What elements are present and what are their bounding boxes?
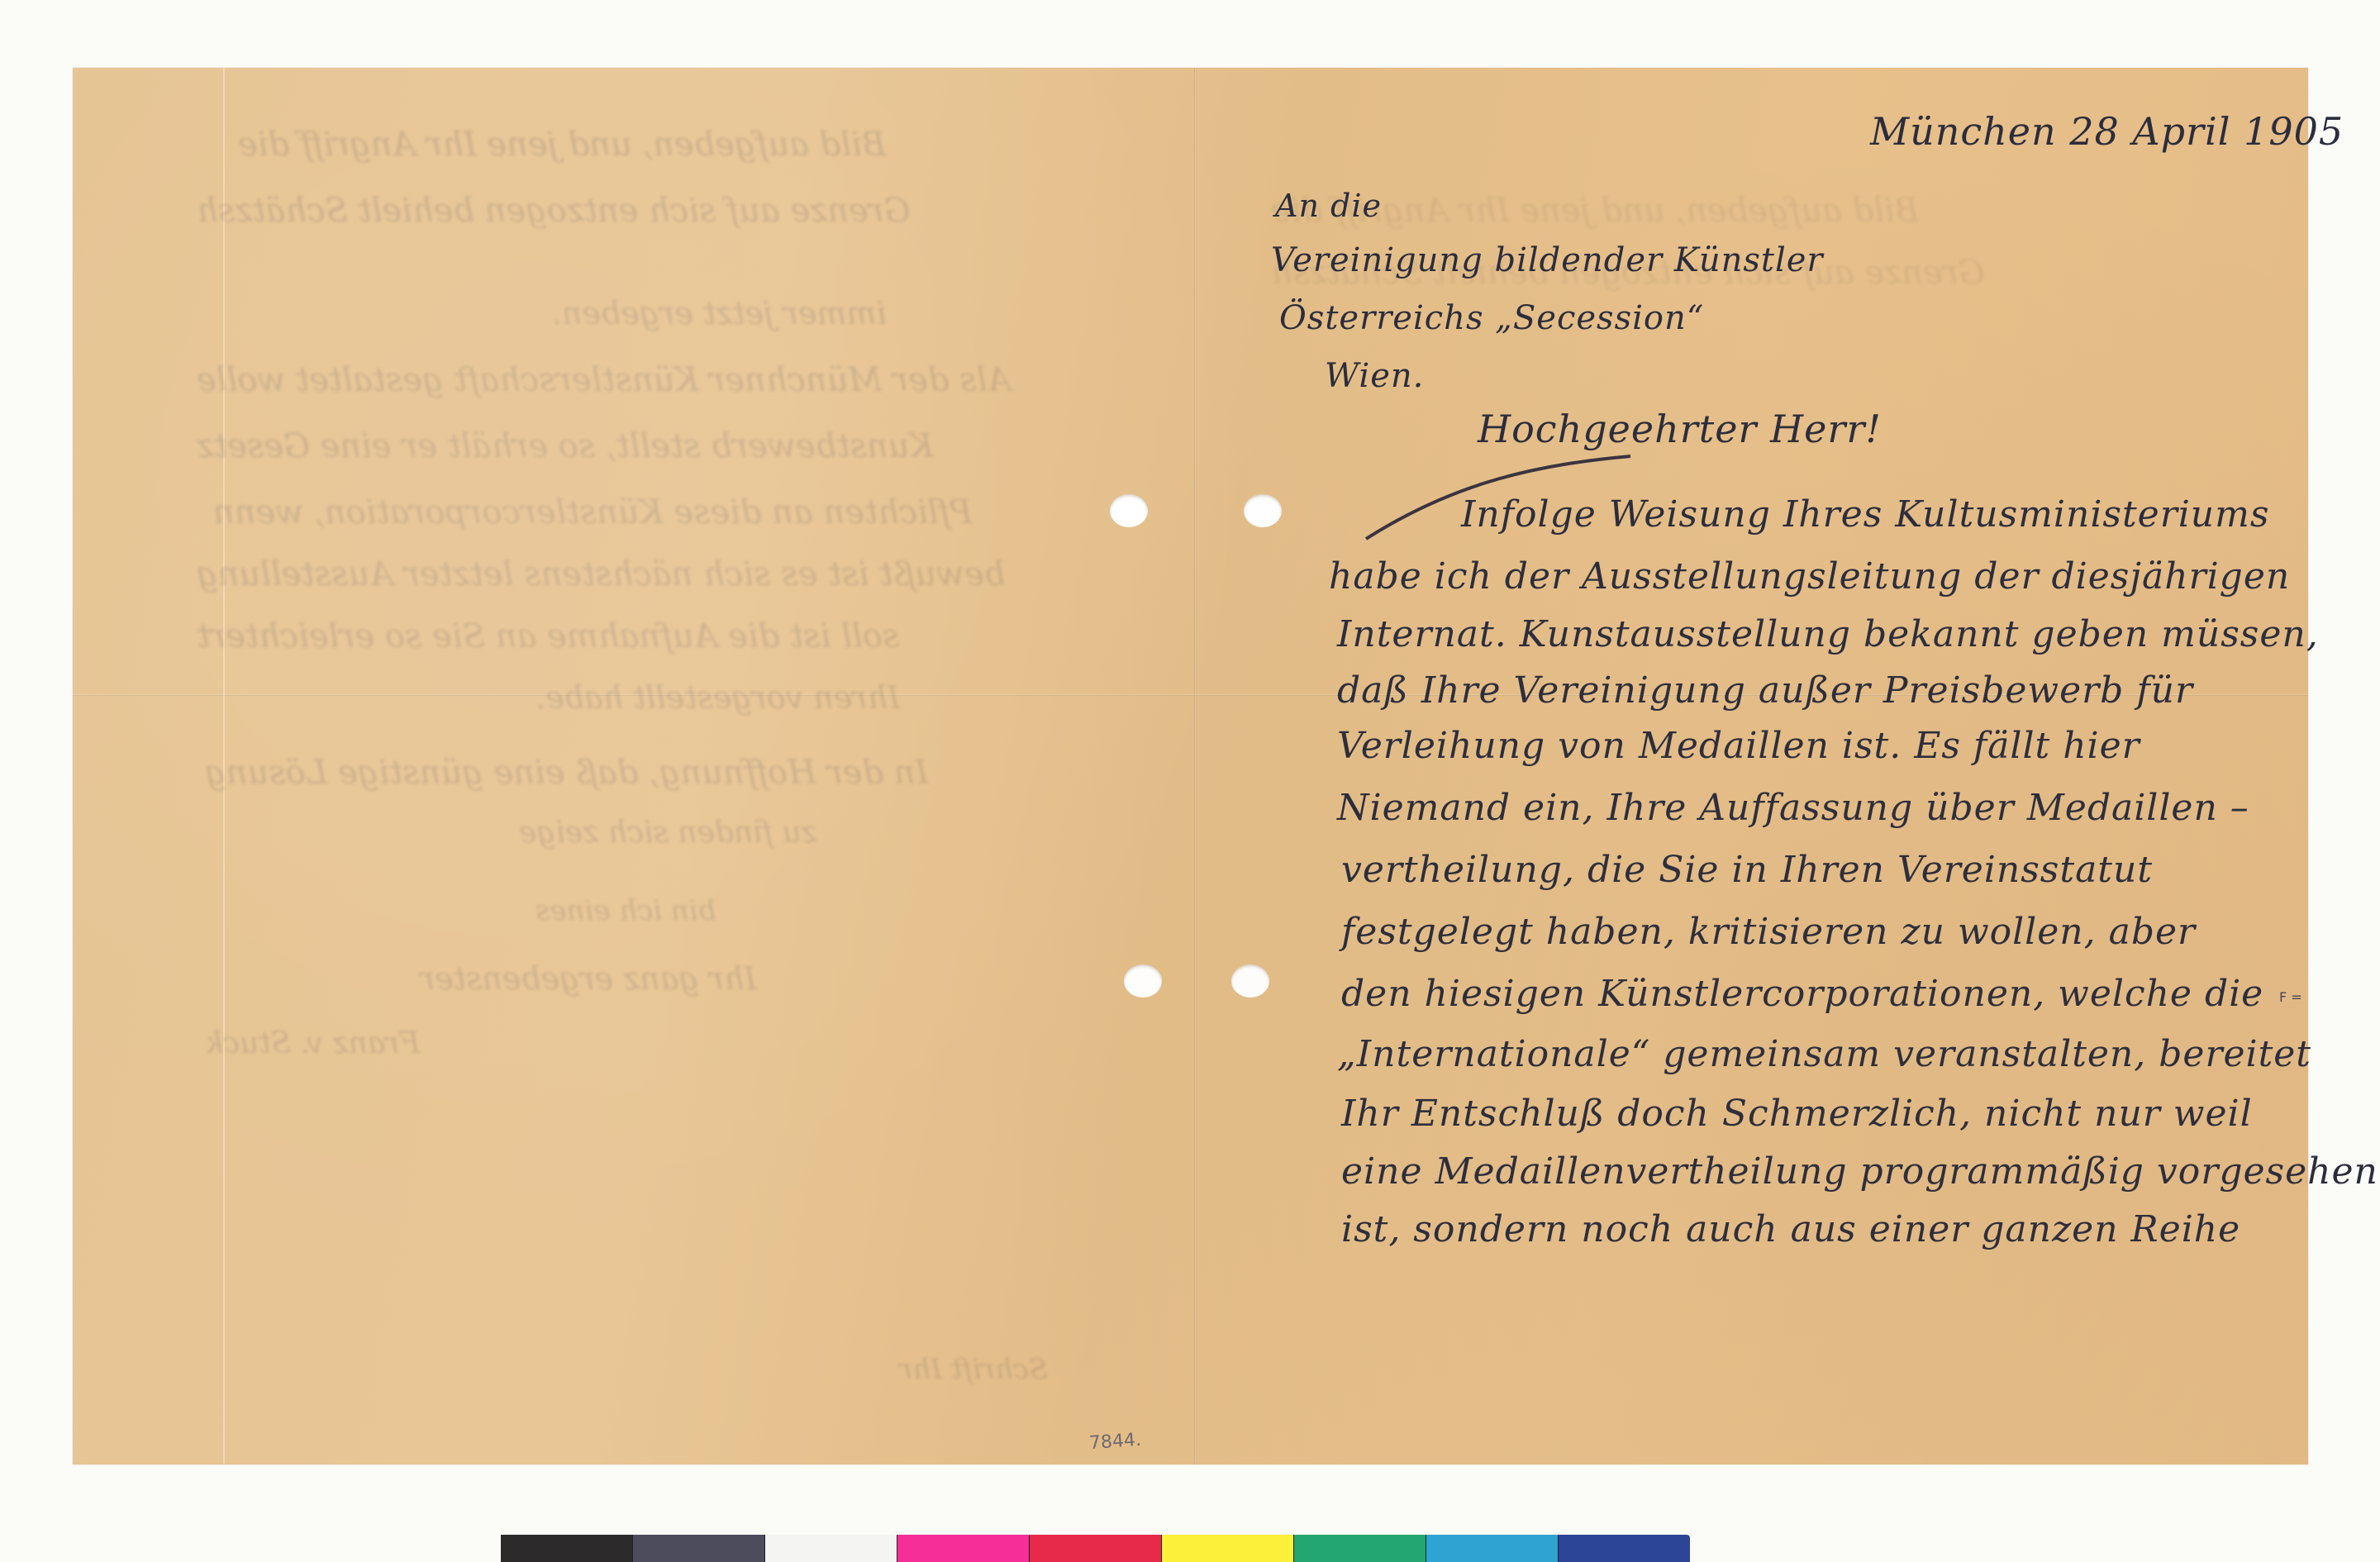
archive-number: 7844. [1088,1430,1142,1454]
bleed-line: Kunstbewerb stellt, so erhält er eine Ge… [197,427,934,465]
address-line: Vereinigung bildender Künstler [1271,241,1824,279]
body-line: Internat. Kunstausstellung bekannt geben… [1337,613,2319,655]
address-line: Wien. [1325,357,1424,395]
bleed-line: bin ich eines [535,894,716,927]
bleed-line: Ihr ganz ergebenster [420,960,756,997]
punch-hole [1110,494,1148,527]
swatch-cyan [1426,1535,1559,1562]
body-line: daß Ihre Vereinigung außer Preisbewerb f… [1337,669,2193,712]
swatch-blue [1559,1535,1690,1562]
swatch-black [501,1535,633,1562]
bleed-line: Grenze auf sich entzogen behielt Schätzs… [197,192,911,230]
body-line: Infolge Weisung Ihres Kultusministeriums [1461,493,2269,536]
swatch-green [1294,1535,1426,1562]
body-line: habe ich der Ausstellungsleitung der die… [1329,555,2290,598]
body-line: den hiesigen Künstlercorporationen, welc… [1341,973,2263,1015]
bleed-line: Als der Münchner Künstlerschaft gestalte… [197,361,1011,399]
body-line: vertheilung, die Sie in Ihren Vereinssta… [1341,849,2153,891]
color-calibration-bar [501,1535,1690,1562]
punch-hole [1244,494,1282,527]
address-line: An die [1275,188,1382,224]
punch-hole [1231,964,1269,998]
body-line: ist, sondern noch auch aus einer ganzen … [1341,1208,2240,1250]
body-line: Niemand ein, Ihre Auffassung über Medail… [1337,787,2249,829]
bleed-line: Franz v. Stuck [205,1026,421,1060]
swatch-gray [633,1535,765,1562]
swatch-yellow [1162,1535,1294,1562]
bleed-line: zu finden sich zeige [519,816,817,850]
bleed-line: Ihren vorgestellt habe. [535,679,900,716]
swatch-white [765,1535,897,1562]
body-line: festgelegt haben, kritisieren zu wollen,… [1341,911,2196,953]
margin-mark: F = [2279,989,2302,1005]
bleed-line: Pflichten an diese Künstlercorporation, … [213,493,973,531]
place-date: München 28 April 1905 [1870,109,2344,154]
bleed-line: soll ist die Aufnahme an Sie so erleicht… [197,617,899,655]
bleed-line: In der Hoffnung, daß eine günstige Lösun… [205,754,928,792]
letter-paper: Bild aufgeben, und jene Ihr Angriff die … [73,68,2308,1464]
body-line: Ihr Entschluß doch Schmerzlich, nicht nu… [1341,1093,2253,1135]
body-line: eine Medaillenvertheilung programmäßig v… [1341,1150,2378,1193]
swatch-magenta [897,1535,1030,1562]
bleed-line: bewußt ist es sich nächstens letzter Aus… [197,555,1005,593]
address-line: Österreichs „Secession“ [1279,299,1704,337]
center-fold [1194,68,1197,1464]
bleed-line: immer jetzt ergeben. [552,295,887,331]
body-line: „Internationale“ gemeinsam veranstalten,… [1337,1033,2311,1075]
bleed-line: Bild aufgeben, und jene Ihr Angriff die [238,126,886,164]
body-line: Verleihung von Medaillen ist. Es fällt h… [1337,725,2140,767]
bleed-line: Schrift Ihr [899,1353,1048,1386]
punch-hole [1124,964,1162,998]
swatch-red [1030,1535,1162,1562]
